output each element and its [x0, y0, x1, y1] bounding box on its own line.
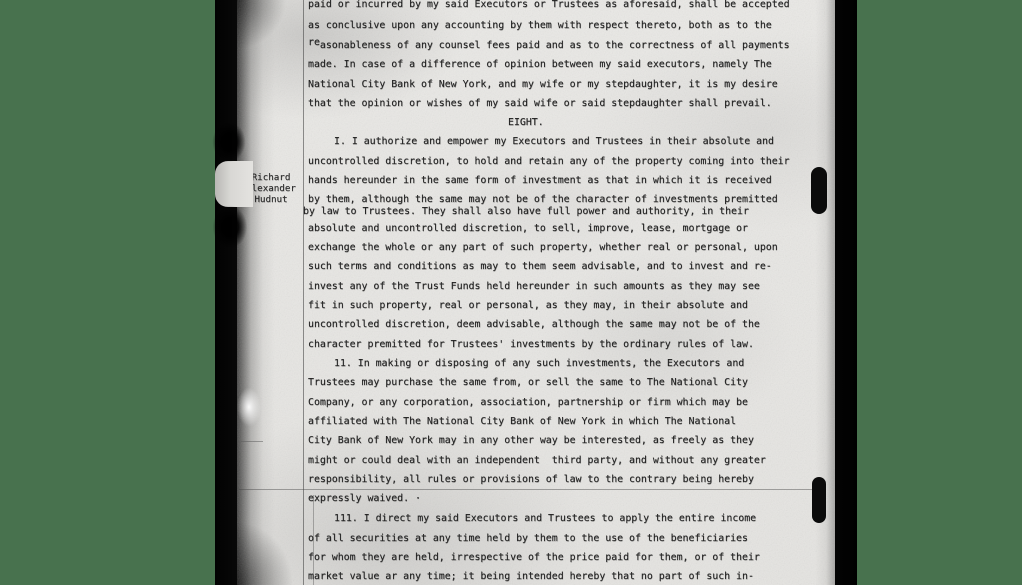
small-crease-dash [241, 441, 263, 442]
scan-light-spot [233, 381, 265, 433]
doc-line: 11. In making or disposing of any such i… [334, 358, 744, 370]
section-heading-eight: EIGHT. [508, 117, 544, 129]
doc-line: character premitted for Trustees' invest… [308, 339, 754, 351]
microfilm-viewer-background: Richard Alexander Hudnut paid or incurre… [0, 0, 1022, 585]
doc-line: as conclusive upon any accounting by the… [308, 20, 772, 32]
doc-line: might or could deal with an independent … [308, 455, 766, 467]
doc-line: of all securities at any time held by th… [308, 533, 748, 545]
horizontal-crease-line [239, 489, 813, 490]
doc-line: 111. I direct my said Executors and Trus… [334, 513, 756, 525]
document-page: Richard Alexander Hudnut paid or incurre… [237, 0, 835, 585]
doc-line: I. I authorize and empower my Executors … [334, 136, 774, 148]
doc-line: Trustees may purchase the same from, or … [308, 377, 748, 389]
raised-characters: re [308, 37, 320, 48]
doc-line: made. In case of a difference of opinion… [308, 59, 772, 71]
doc-line: market value ar any time; it being inten… [308, 571, 754, 583]
doc-line: Company, or any corporation, association… [308, 397, 748, 409]
film-notch-tab [215, 161, 253, 207]
doc-line: affiliated with The National City Bank o… [308, 416, 736, 428]
doc-line: reasonableness of any counsel fees paid … [308, 40, 790, 52]
doc-line: for whom they are held, irrespective of … [308, 552, 760, 564]
doc-line: by law to Trustees. They shall also have… [303, 206, 749, 218]
doc-line: hands hereunder in the same form of inve… [308, 175, 772, 187]
binding-punch-mark-top [811, 167, 827, 214]
doc-line: paid or incurred by my said Executors or… [308, 0, 790, 11]
doc-line: fit in such property, real or personal, … [308, 300, 748, 312]
binding-punch-mark-bottom [812, 477, 826, 523]
doc-line: expressly waived. · [308, 493, 421, 505]
doc-line: National City Bank of New York, and my w… [308, 79, 778, 91]
doc-line: uncontrolled discretion, to hold and ret… [308, 156, 790, 168]
doc-line: invest any of the Trust Funds held hereu… [308, 281, 760, 293]
doc-line: that the opinion or wishes of my said wi… [308, 98, 772, 110]
doc-line: City Bank of New York may in any other w… [308, 435, 754, 447]
doc-line: such terms and conditions as may to them… [308, 261, 772, 273]
doc-line: uncontrolled discretion, deem advisable,… [308, 319, 760, 331]
margin-rule-line [303, 0, 304, 585]
doc-line: exchange the whole or any part of such p… [308, 242, 778, 254]
doc-line: absolute and uncontrolled discretion, to… [308, 223, 748, 235]
doc-line: responsibility, all rules or provisions … [308, 474, 754, 486]
doc-line: by them, although the same may not be of… [308, 194, 778, 206]
